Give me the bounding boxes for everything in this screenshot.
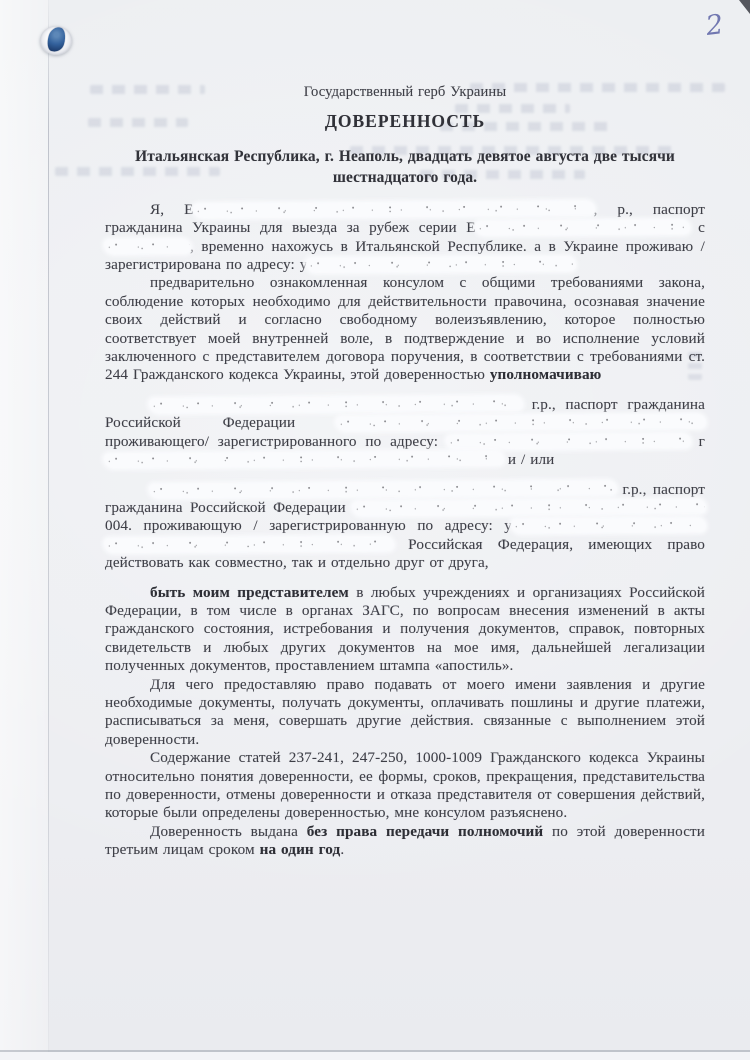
actions-text: Для чего предоставляю право подавать от … (105, 676, 705, 748)
redaction-blob (476, 220, 689, 234)
attorney1-text: г (690, 433, 705, 450)
term-paragraph: Доверенность выдана без права передачи п… (105, 823, 705, 860)
powers-bold-lead: быть моим представителем (150, 584, 349, 601)
redaction-blob (353, 500, 705, 515)
redaction-blob (512, 519, 705, 533)
attorney1-paragraph: г.р., паспорт гражданина Российской Феде… (105, 396, 705, 470)
attorney1-text: и / или (503, 451, 554, 468)
preamble-paragraph: предварительно ознакомленная консулом с … (105, 274, 705, 384)
scan-corner-shadow (739, 0, 750, 14)
term-bold-text: без права передачи полномочий (307, 823, 543, 840)
articles-text: Содержание статей 237-241, 247-250, 1000… (105, 749, 705, 821)
scanned-document-page: 2 Государственный герб Украины ДОВЕРЕННО… (0, 0, 750, 1060)
place-date-line: Итальянская Республика, г. Неаполь, двад… (115, 146, 695, 188)
redaction-blob (150, 481, 616, 497)
redaction-blob (337, 415, 705, 431)
redaction-blob (150, 397, 522, 413)
term-bold-text: на один год (260, 841, 341, 858)
scan-bottom-strip (0, 1052, 750, 1060)
term-text: Доверенность выдана (150, 823, 307, 840)
attorney2-text: 004. проживающую / зарегистрированную по… (105, 517, 512, 534)
redaction-blob (105, 452, 503, 468)
powers-paragraph: быть моим представителем в любых учрежде… (105, 584, 705, 676)
handwritten-page-number: 2 (704, 11, 724, 40)
document-title: ДОВЕРЕННОСТЬ (105, 112, 705, 130)
redaction-blob (447, 434, 690, 449)
emblem-caption: Государственный герб Украины (105, 83, 705, 101)
binding-seal-icon (40, 25, 72, 57)
preamble-bold-text: уполномачиваю (490, 366, 602, 383)
actions-paragraph: Для чего предоставляю право подавать от … (105, 676, 705, 750)
page-fold-strip (0, 0, 48, 1052)
attorney2-paragraph: г.р., паспорт гражданина Российской Феде… (105, 481, 705, 573)
articles-paragraph: Содержание статей 237-241, 247-250, 1000… (105, 749, 705, 823)
identity-paragraph: Я, Е, р., паспорт гражданина Украины для… (105, 201, 705, 275)
redaction-blob (105, 239, 190, 253)
attorney1-text: проживающего/ зарегистрированного по адр… (105, 433, 447, 450)
preamble-text: предварительно ознакомленная консулом с … (105, 274, 705, 383)
document-body: Государственный герб Украины ДОВЕРЕННОСТ… (105, 83, 705, 860)
redaction-blob (105, 537, 393, 552)
term-text: . (340, 841, 344, 858)
redaction-blob (193, 201, 593, 217)
identity-text: Я, Е (150, 201, 194, 218)
identity-text: с (689, 219, 705, 236)
redaction-blob (307, 257, 575, 272)
page-fold-line (48, 0, 49, 1052)
